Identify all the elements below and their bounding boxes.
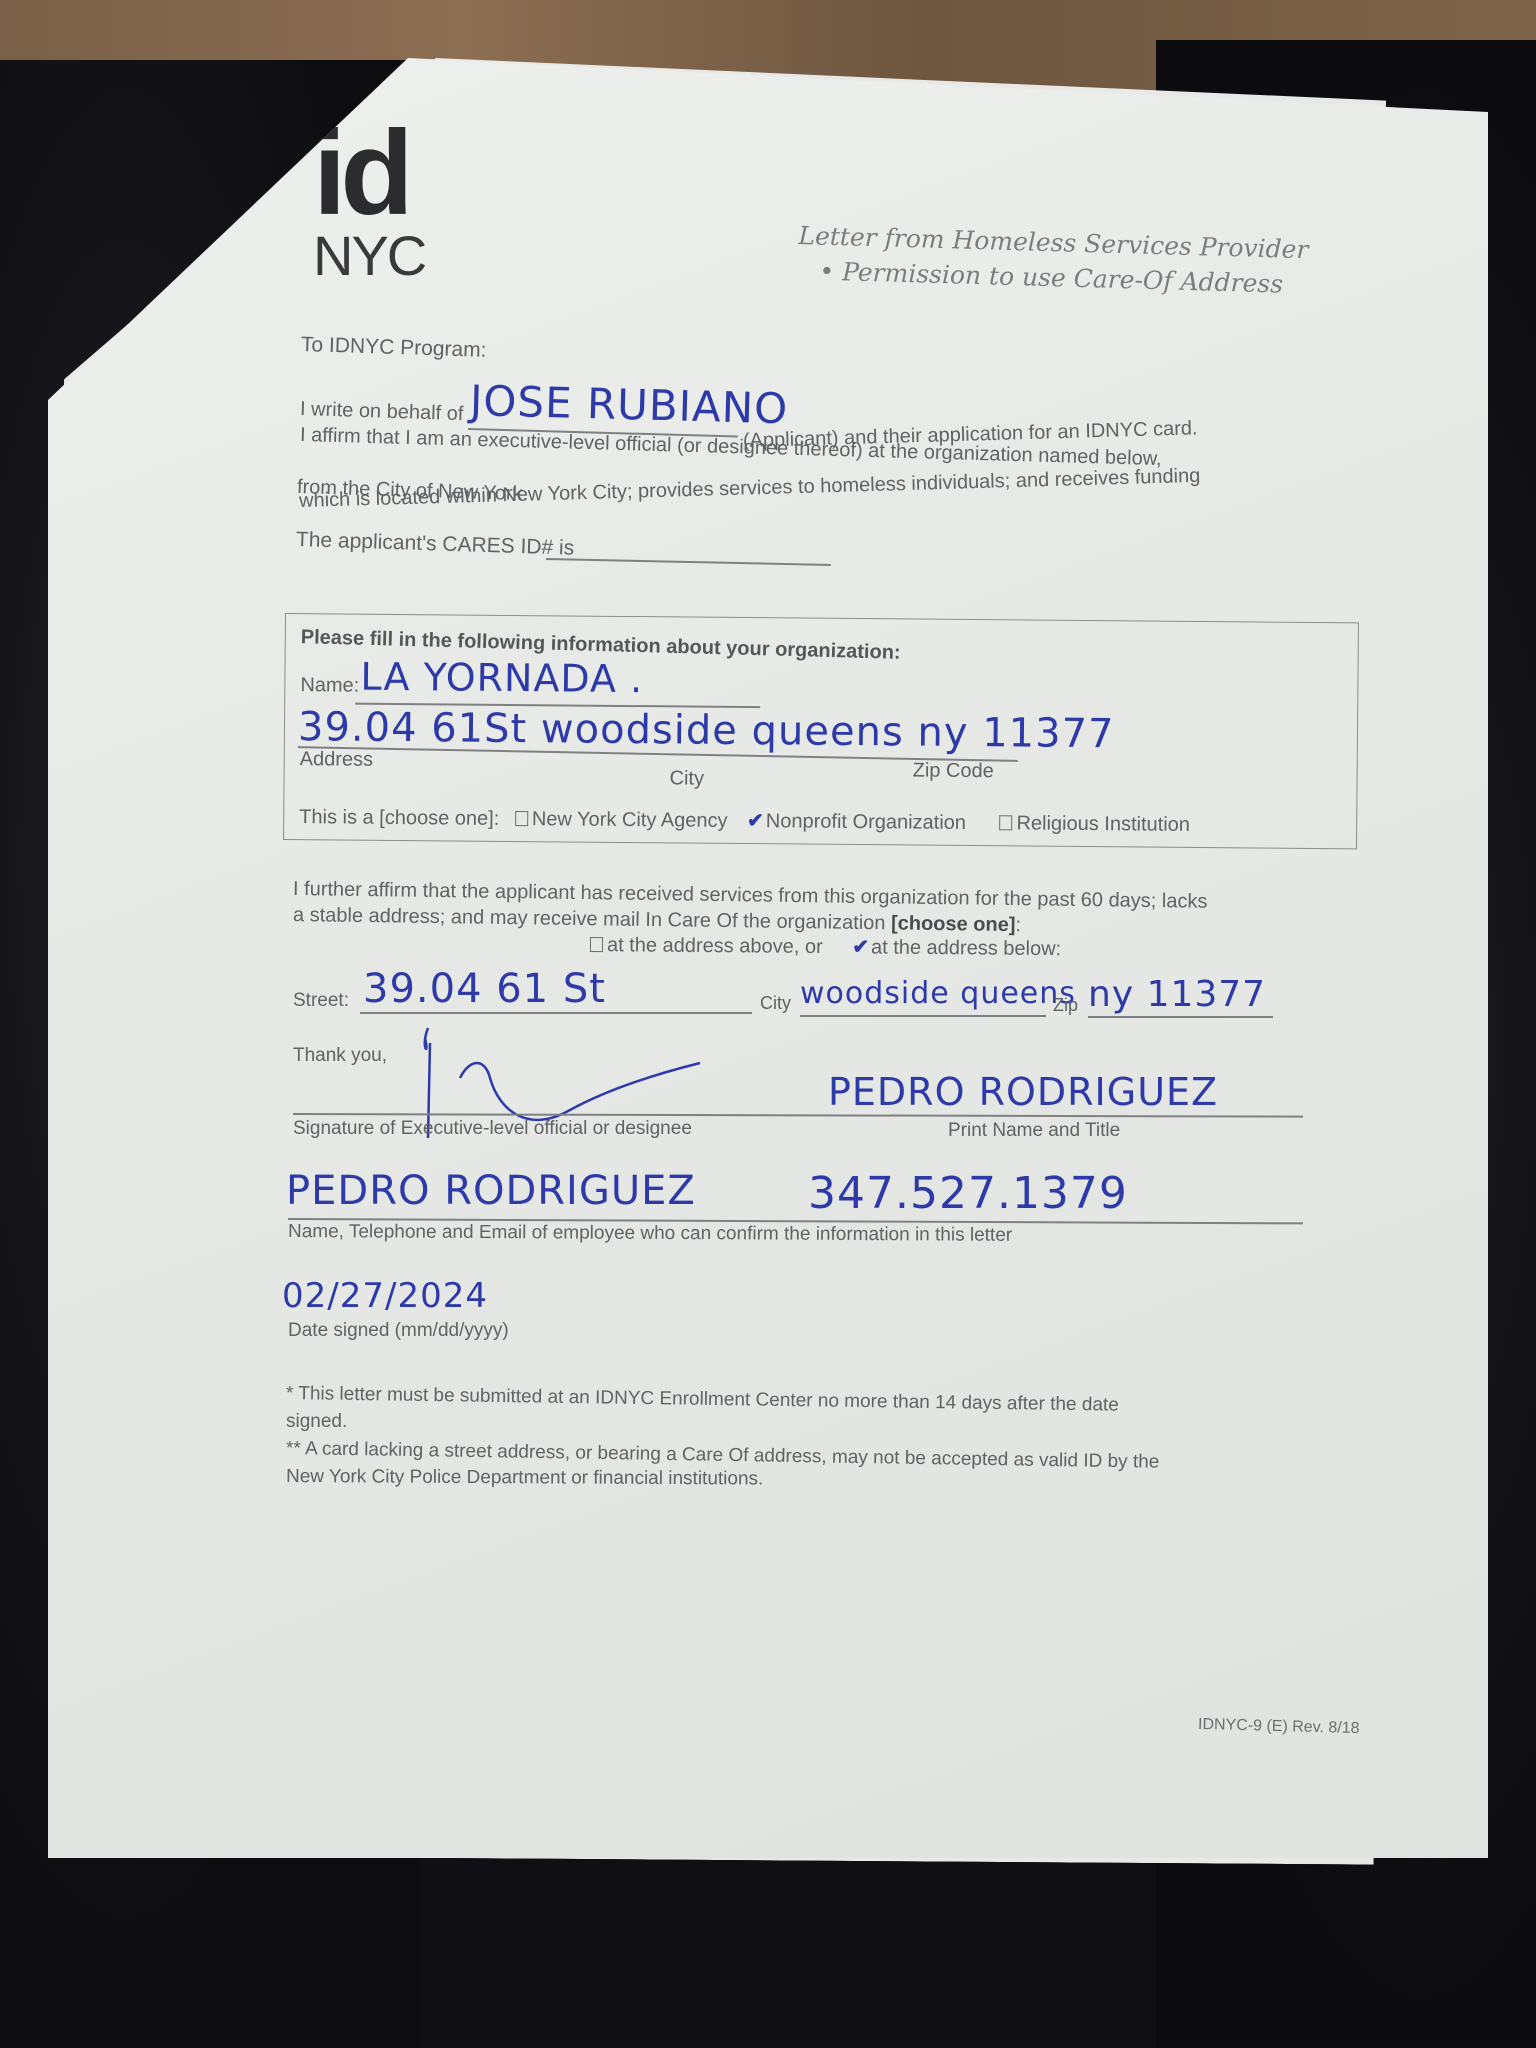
city-line [800, 1015, 1046, 1017]
org-type-nyc-agency[interactable]: New York City Agency [515, 808, 728, 832]
contact-name-field[interactable]: PEDRO RODRIGUEZ [286, 1168, 696, 1214]
date-signed-label: Date signed (mm/dd/yyyy) [288, 1320, 509, 1342]
org-type-prefix: This is a [choose one]: [299, 806, 499, 830]
date-signed-field[interactable]: 02/27/2024 [282, 1276, 488, 1316]
note-2-line-2: New York City Police Department or finan… [286, 1466, 763, 1490]
org-type-row: This is a [choose one]: New York City Ag… [299, 804, 1190, 837]
print-name-label: Print Name and Title [948, 1120, 1120, 1142]
checkmark-icon[interactable]: ✔ [852, 936, 869, 958]
note-1-line-2: signed. [286, 1411, 347, 1433]
checkmark-icon[interactable]: ✔ [747, 810, 764, 832]
street-line [360, 1012, 752, 1014]
mail-option-below[interactable]: ✔at the address below: [852, 936, 1061, 960]
street-label: Street: [293, 990, 349, 1012]
cares-id-label: The applicant's CARES ID# is [296, 528, 575, 561]
org-type-religious[interactable]: Religious Institution [999, 812, 1190, 836]
zip-field[interactable]: ny 11377 [1088, 974, 1266, 1015]
org-type-nonprofit[interactable]: ✔Nonprofit Organization [747, 810, 966, 834]
mail-option-row: at the address above, or ✔at the address… [590, 932, 1061, 961]
street-field[interactable]: 39.04 61 St [363, 966, 606, 1012]
address-label: Address [300, 748, 374, 772]
contact-label: Name, Telephone and Email of employee wh… [288, 1221, 1012, 1247]
idnyc-form-page: id NYC Letter from Homeless Services Pro… [48, 58, 1488, 1858]
zip-code-label: Zip Code [913, 759, 994, 783]
checkbox-empty-icon[interactable] [999, 815, 1012, 830]
salutation: To IDNYC Program: [301, 333, 487, 363]
thank-you-text: Thank you, [293, 1045, 387, 1067]
logo-text: NYC [313, 223, 425, 288]
city-field[interactable]: woodside queens [800, 976, 1076, 1011]
signature-label: Signature of Executive-level official or… [293, 1118, 692, 1140]
org-name-label: Name: [300, 674, 359, 698]
checkbox-empty-icon[interactable] [590, 937, 603, 952]
zip-line [1088, 1016, 1273, 1018]
applicant-name-field[interactable]: JOSE RUBIANO [469, 376, 789, 433]
form-title: Letter from Homeless Services Provider •… [797, 218, 1309, 302]
organization-info-box: Please fill in the following information… [283, 613, 1359, 849]
form-code: IDNYC-9 (E) Rev. 8/18 [1198, 1716, 1360, 1738]
mail-option-above[interactable]: at the address above, or [590, 934, 823, 958]
behalf-prefix: I write on behalf of [300, 398, 464, 426]
cares-id-input-line[interactable] [546, 558, 831, 565]
org-name-field[interactable]: LA YORNADA . [360, 655, 643, 701]
city-label: City [669, 767, 704, 790]
print-name-field[interactable]: PEDRO RODRIGUEZ [828, 1070, 1218, 1114]
checkbox-empty-icon[interactable] [515, 811, 528, 826]
contact-phone-field[interactable]: 347.527.1379 [808, 1168, 1128, 1219]
idnyc-logo: id NYC [313, 113, 425, 288]
note-1-line-1: * This letter must be submitted at an ID… [286, 1383, 1119, 1417]
city-label-2: City [760, 993, 791, 1014]
zip-label: Zip [1053, 995, 1078, 1016]
